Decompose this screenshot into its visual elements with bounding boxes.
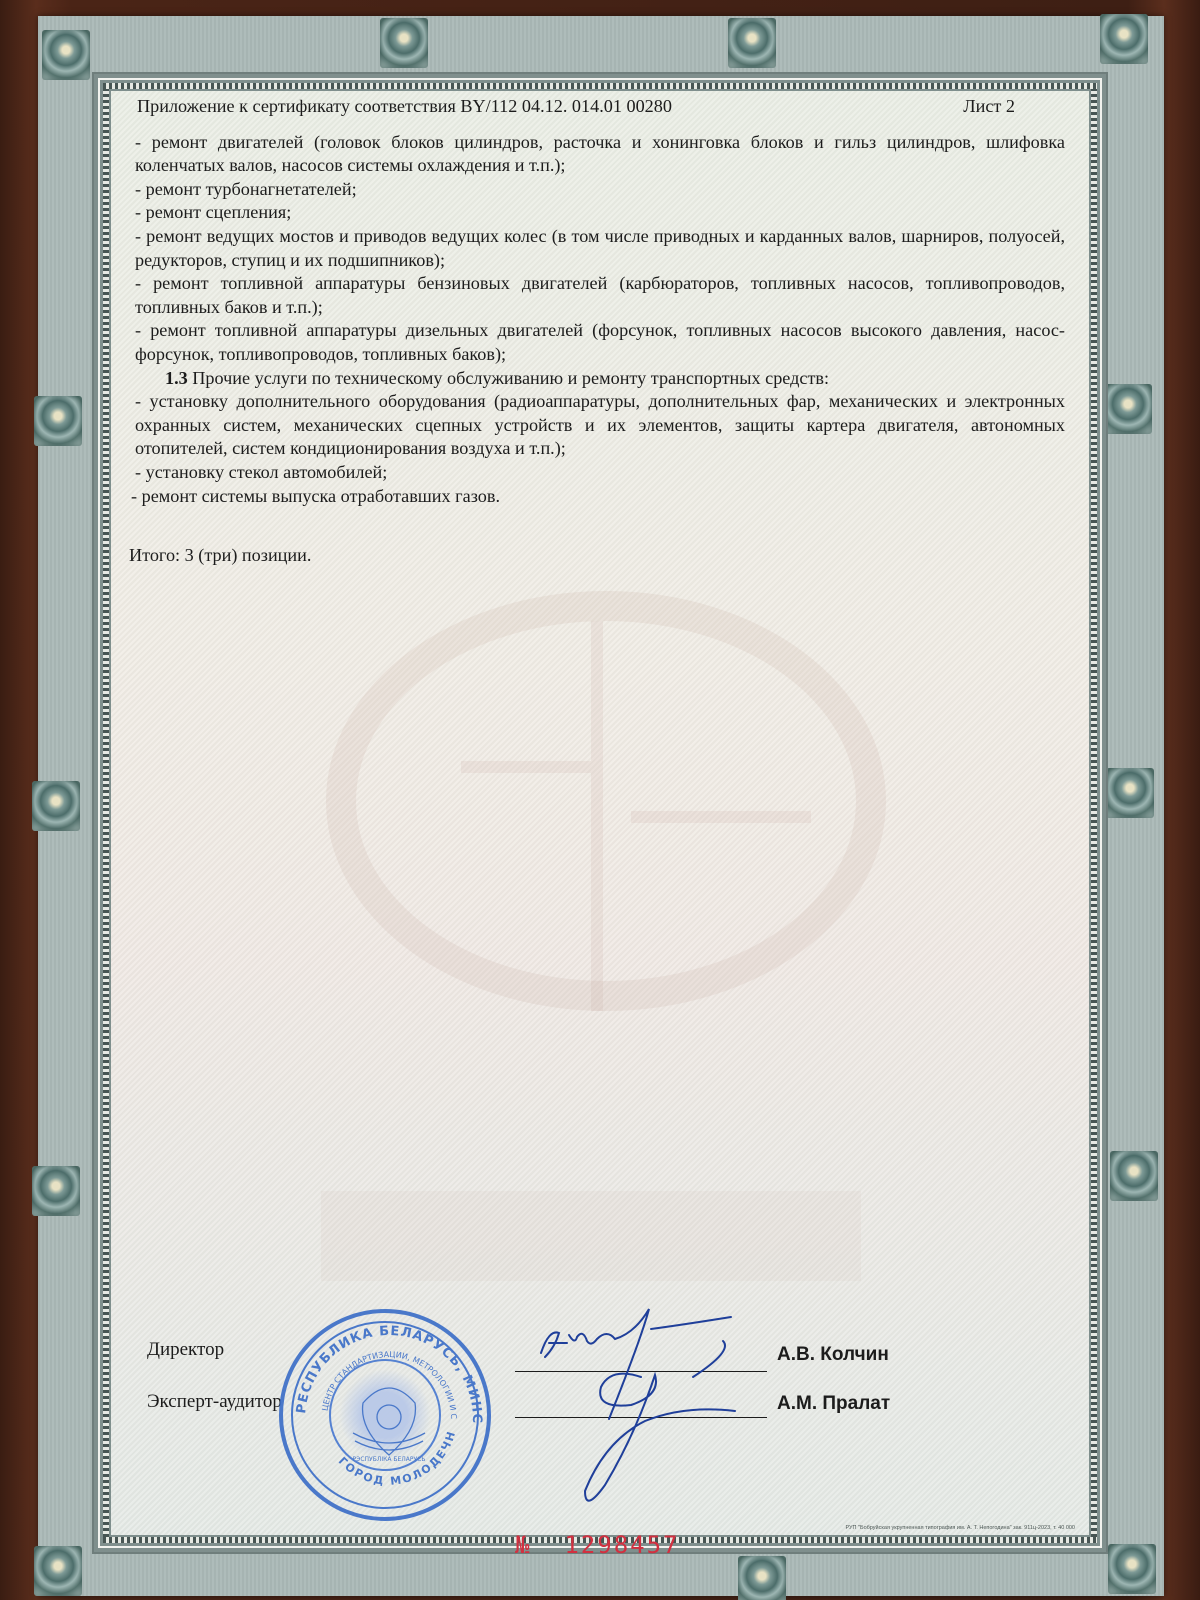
hologram-icon	[34, 1546, 82, 1596]
hologram-icon	[728, 18, 776, 68]
hologram-icon	[42, 30, 90, 80]
hologram-icon	[1104, 384, 1152, 434]
form-serial-number: № 1298457	[515, 1531, 680, 1559]
printer-imprint: РУП "Бобруйская укрупненная типография и…	[846, 1525, 1076, 1531]
hologram-icon	[1110, 1151, 1158, 1201]
handwritten-signatures	[111, 91, 1091, 1551]
hologram-icon	[1100, 14, 1148, 64]
serial-value: 1298457	[564, 1531, 679, 1559]
hologram-icon	[1108, 1544, 1156, 1594]
document-body: Приложение к сертификату соответствия BY…	[111, 91, 1089, 1535]
serial-prefix: №	[515, 1531, 531, 1559]
hologram-icon	[32, 781, 80, 831]
hologram-icon	[738, 1556, 786, 1600]
document-frame: Приложение к сертификату соответствия BY…	[92, 72, 1108, 1554]
hologram-icon	[32, 1166, 80, 1216]
hologram-icon	[1106, 768, 1154, 818]
hologram-icon	[380, 18, 428, 68]
hologram-icon	[34, 396, 82, 446]
